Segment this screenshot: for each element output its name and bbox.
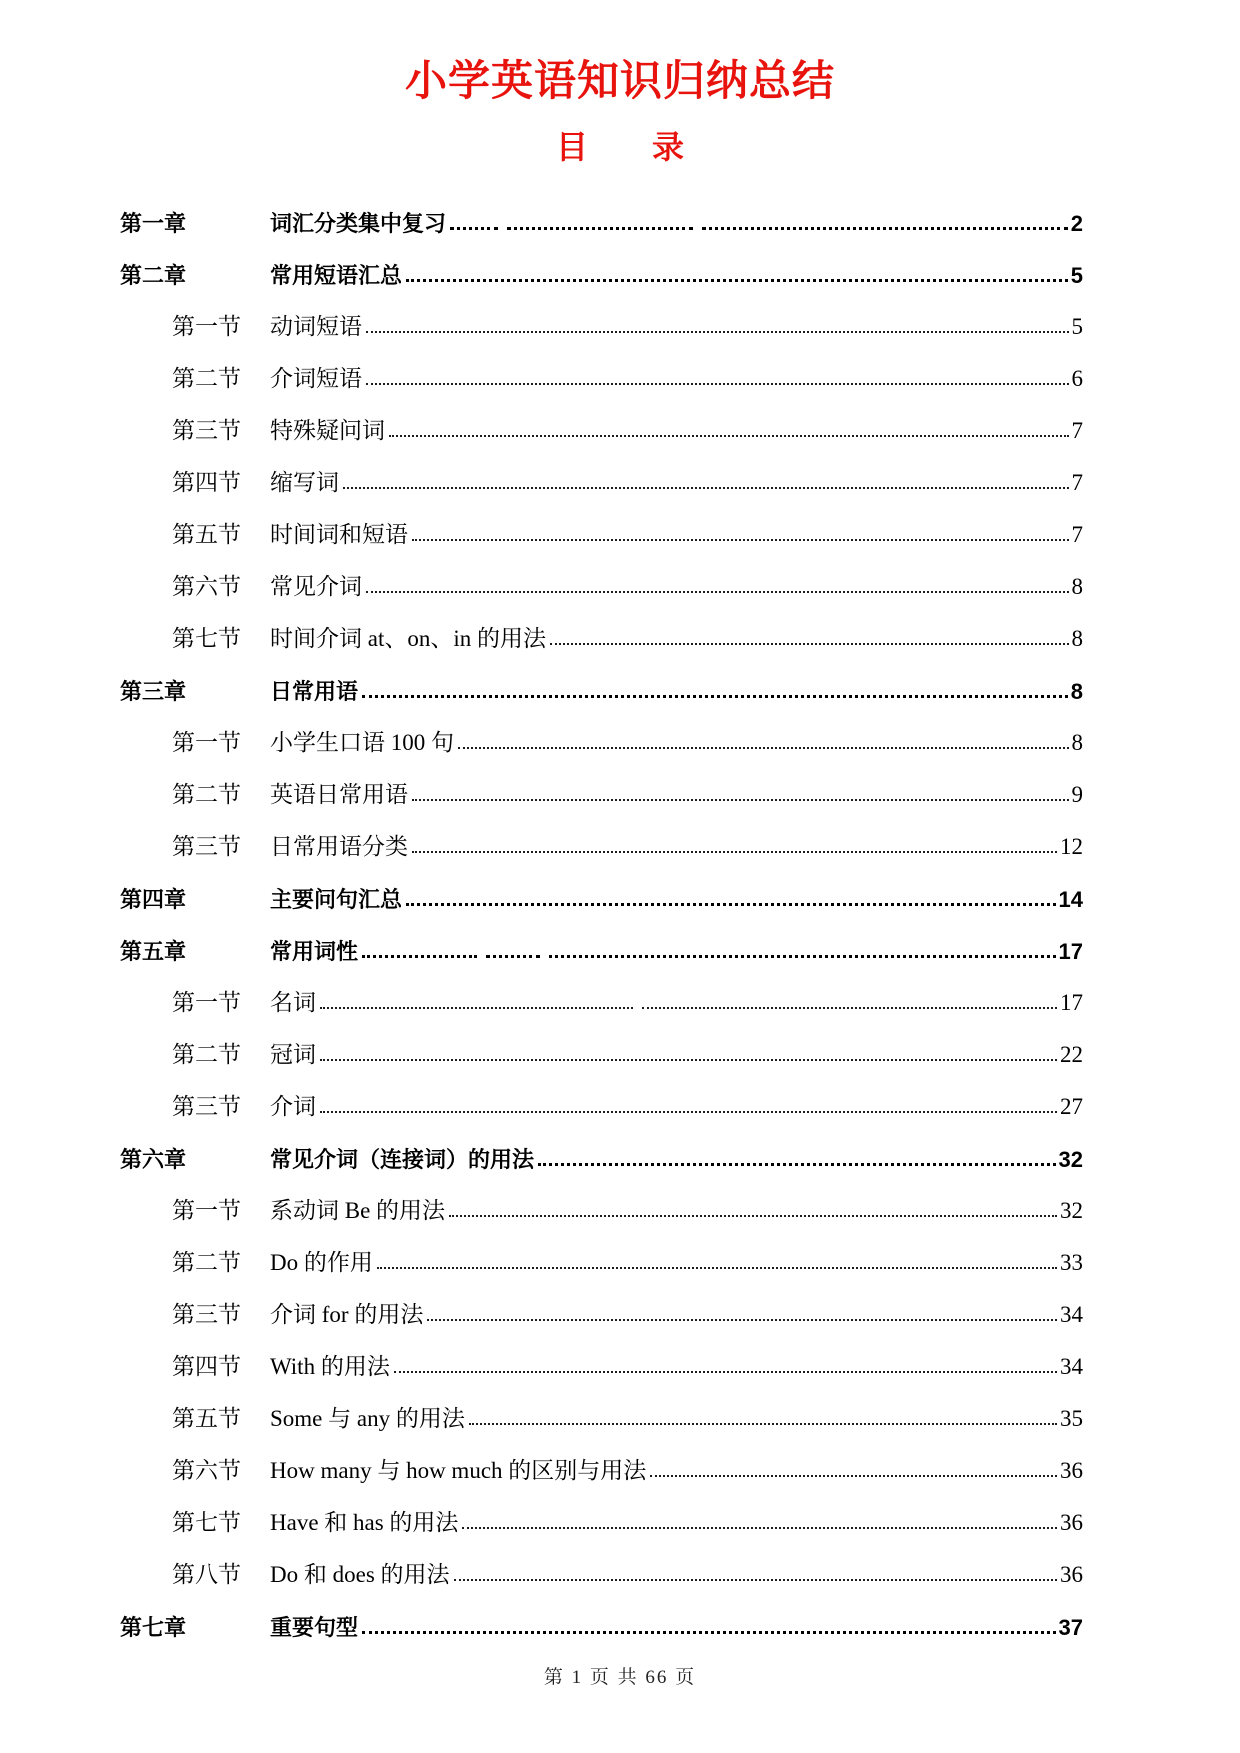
page-number: 5 [1071, 263, 1083, 288]
entry-title: 介词短语 [270, 366, 362, 392]
toc-heading: 目 录 [0, 122, 1240, 168]
leader-dots [550, 643, 1069, 645]
dot-leader [362, 955, 1056, 958]
toc-row[interactable]: 第四节 With 的用法 34 [120, 1328, 1083, 1380]
dot-leader [320, 1007, 1057, 1009]
entry-title: 主要问句汇总 [270, 887, 402, 912]
page-number: 32 [1060, 1198, 1083, 1224]
toc-row[interactable]: 第三章 日常用语 8 [120, 652, 1083, 704]
page-number: 5 [1072, 314, 1084, 340]
dot-leader [412, 799, 1069, 801]
leader-dots [507, 227, 693, 230]
dot-leader [343, 487, 1069, 489]
entry-number: 第二节 [120, 782, 270, 808]
entry-title: 日常用语 [270, 679, 358, 704]
entry-title: 小学生口语 100 句 [270, 730, 454, 756]
leader-dots [362, 955, 477, 958]
leader-dots [702, 227, 1068, 230]
toc-row[interactable]: 第七节 Have 和 has 的用法 36 [120, 1484, 1083, 1536]
page-number: 8 [1072, 626, 1084, 652]
entry-number: 第四节 [120, 1354, 270, 1380]
dot-leader [650, 1475, 1057, 1477]
page-number: 34 [1060, 1302, 1083, 1328]
leader-dots [366, 383, 1069, 385]
toc-row[interactable]: 第三节 介词 for 的用法 34 [120, 1276, 1083, 1328]
entry-number: 第三节 [120, 1094, 270, 1120]
leader-dots [377, 1267, 1057, 1269]
leader-dots [366, 591, 1069, 593]
entry-number: 第五节 [120, 1406, 270, 1432]
page-number: 37 [1059, 1615, 1083, 1640]
toc-row[interactable]: 第二节 Do 的作用 33 [120, 1224, 1083, 1276]
dot-leader [377, 1267, 1057, 1269]
page-number: 33 [1060, 1250, 1083, 1276]
dot-leader [458, 747, 1069, 749]
entry-number: 第一节 [120, 730, 270, 756]
entry-number: 第二章 [120, 263, 270, 288]
entry-number: 第二节 [120, 1042, 270, 1068]
page-number: 22 [1060, 1042, 1083, 1068]
leader-dots [454, 1579, 1057, 1581]
toc-row[interactable]: 第一节 名词 17 [120, 964, 1083, 1016]
leader-dots [427, 1319, 1057, 1321]
page-number: 9 [1072, 782, 1084, 808]
page-number: 35 [1060, 1406, 1083, 1432]
entry-title: 英语日常用语 [270, 782, 408, 808]
leader-dots [362, 1631, 1056, 1634]
page-number: 2 [1071, 211, 1083, 236]
entry-title: 时间词和短语 [270, 522, 408, 548]
entry-title: How many 与 how much 的区别与用法 [270, 1458, 646, 1484]
page-number: 36 [1060, 1458, 1083, 1484]
entry-title: 介词 for 的用法 [270, 1302, 423, 1328]
leader-dots [458, 747, 1069, 749]
dot-leader [406, 903, 1056, 906]
entry-title: 时间介词 at、on、in 的用法 [270, 626, 546, 652]
entry-title: Do 和 does 的用法 [270, 1562, 450, 1588]
entry-number: 第五节 [120, 522, 270, 548]
dot-leader [366, 383, 1069, 385]
toc-row[interactable]: 第六章 常见介词（连接词）的用法 32 [120, 1120, 1083, 1172]
entry-number: 第八节 [120, 1562, 270, 1588]
entry-number: 第三节 [120, 418, 270, 444]
toc-row[interactable]: 第三节 特殊疑问词 7 [120, 392, 1083, 444]
entry-number: 第二节 [120, 366, 270, 392]
leader-dots [343, 487, 1069, 489]
toc-row[interactable]: 第三节 日常用语分类 12 [120, 808, 1083, 860]
page-number: 14 [1059, 887, 1083, 912]
entry-title: 系动词 Be 的用法 [270, 1198, 445, 1224]
entry-title: Some 与 any 的用法 [270, 1406, 465, 1432]
entry-title: 重要句型 [270, 1615, 358, 1640]
toc-row[interactable]: 第二章 常用短语汇总 5 [120, 236, 1083, 288]
leader-dots [549, 955, 1056, 958]
dot-leader [406, 279, 1068, 282]
leader-dots [450, 227, 498, 230]
entry-number: 第一章 [120, 211, 270, 236]
toc-row[interactable]: 第七章 重要句型 37 [120, 1588, 1083, 1640]
dot-leader [449, 1215, 1057, 1217]
entry-title: 常见介词 [270, 574, 362, 600]
toc-row[interactable]: 第七节 时间介词 at、on、in 的用法 8 [120, 600, 1083, 652]
leader-dots [320, 1007, 633, 1009]
page-number: 8 [1072, 574, 1084, 600]
dot-leader [412, 851, 1057, 853]
leader-dots [406, 279, 1068, 282]
page-number: 8 [1072, 730, 1084, 756]
leader-dots [406, 903, 1056, 906]
dot-leader [362, 1631, 1056, 1634]
leader-dots [394, 1371, 1057, 1373]
toc-row[interactable]: 第六节 常见介词 8 [120, 548, 1083, 600]
dot-leader [550, 643, 1069, 645]
leader-dots [389, 435, 1069, 437]
page-number: 6 [1072, 366, 1084, 392]
toc-row[interactable]: 第六节 How many 与 how much 的区别与用法 36 [120, 1432, 1083, 1484]
leader-dots [538, 1163, 1056, 1166]
toc-list: 第一章 词汇分类集中复习 2 第二章 常用短语汇总 5 第一节 动词短语 5 第… [0, 184, 1240, 1640]
entry-title: 常用短语汇总 [270, 263, 402, 288]
entry-title: 常见介词（连接词）的用法 [270, 1147, 534, 1172]
entry-number: 第七章 [120, 1615, 270, 1640]
entry-number: 第三节 [120, 1302, 270, 1328]
dot-leader [427, 1319, 1057, 1321]
leader-dots [362, 695, 1068, 698]
entry-title: 介词 [270, 1094, 316, 1120]
entry-title: Do 的作用 [270, 1250, 373, 1276]
leader-dots [469, 1423, 1057, 1425]
page-number: 32 [1059, 1147, 1083, 1172]
leader-dots [650, 1475, 1057, 1477]
dot-leader [366, 331, 1069, 333]
entry-number: 第一节 [120, 314, 270, 340]
leader-dots [642, 1007, 1057, 1009]
page-number: 17 [1060, 990, 1083, 1016]
leader-dots [366, 331, 1069, 333]
toc-row[interactable]: 第五节 时间词和短语 7 [120, 496, 1083, 548]
toc-row[interactable]: 第二节 英语日常用语 9 [120, 756, 1083, 808]
leader-dots [462, 1527, 1057, 1529]
page-number: 36 [1060, 1510, 1083, 1536]
entry-number: 第三章 [120, 679, 270, 704]
dot-leader [412, 539, 1069, 541]
entry-title: 特殊疑问词 [270, 418, 385, 444]
dot-leader [366, 591, 1069, 593]
page-number: 8 [1071, 679, 1083, 704]
dot-leader [320, 1111, 1057, 1113]
entry-number: 第七节 [120, 1510, 270, 1536]
page-number: 27 [1060, 1094, 1083, 1120]
page-number: 36 [1060, 1562, 1083, 1588]
entry-number: 第六节 [120, 574, 270, 600]
entry-title: 常用词性 [270, 939, 358, 964]
entry-number: 第四节 [120, 470, 270, 496]
dot-leader [538, 1163, 1056, 1166]
entry-title: 缩写词 [270, 470, 339, 496]
toc-row[interactable]: 第四章 主要问句汇总 14 [120, 860, 1083, 912]
dot-leader [394, 1371, 1057, 1373]
toc-row[interactable]: 第一章 词汇分类集中复习 2 [120, 184, 1083, 236]
entry-number: 第五章 [120, 939, 270, 964]
toc-row[interactable]: 第二节 介词短语 6 [120, 340, 1083, 392]
page-number: 12 [1060, 834, 1083, 860]
dot-leader [469, 1423, 1057, 1425]
toc-row[interactable]: 第一节 系动词 Be 的用法 32 [120, 1172, 1083, 1224]
leader-dots [412, 851, 1057, 853]
entry-number: 第四章 [120, 887, 270, 912]
entry-title: With 的用法 [270, 1354, 390, 1380]
dot-leader [454, 1579, 1057, 1581]
toc-row[interactable]: 第一节 小学生口语 100 句 8 [120, 704, 1083, 756]
entry-title: 冠词 [270, 1042, 316, 1068]
entry-number: 第一节 [120, 1198, 270, 1224]
dot-leader [362, 695, 1068, 698]
entry-title: 词汇分类集中复习 [270, 211, 446, 236]
dot-leader [450, 227, 1068, 230]
entry-title: Have 和 has 的用法 [270, 1510, 458, 1536]
entry-number: 第三节 [120, 834, 270, 860]
document-title: 小学英语知识归纳总结 [0, 0, 1240, 108]
page-number: 7 [1072, 470, 1084, 496]
leader-dots [320, 1059, 1057, 1061]
page-number: 7 [1072, 418, 1084, 444]
leader-dots [449, 1215, 1057, 1217]
toc-row[interactable]: 第四节 缩写词 7 [120, 444, 1083, 496]
toc-row[interactable]: 第八节 Do 和 does 的用法 36 [120, 1536, 1083, 1588]
document-page: 小学英语知识归纳总结 目 录 第一章 词汇分类集中复习 2 第二章 常用短语汇总… [0, 0, 1240, 1753]
entry-number: 第一节 [120, 990, 270, 1016]
leader-dots [412, 799, 1069, 801]
dot-leader [389, 435, 1069, 437]
dot-leader [462, 1527, 1057, 1529]
entry-number: 第七节 [120, 626, 270, 652]
page-number: 7 [1072, 522, 1084, 548]
entry-number: 第二节 [120, 1250, 270, 1276]
page-number: 17 [1059, 939, 1083, 964]
entry-title: 名词 [270, 990, 316, 1016]
toc-row[interactable]: 第二节 冠词 22 [120, 1016, 1083, 1068]
toc-row[interactable]: 第五章 常用词性 17 [120, 912, 1083, 964]
page-footer: 第 1 页 共 66 页 [0, 1662, 1240, 1689]
entry-number: 第六节 [120, 1458, 270, 1484]
leader-dots [486, 955, 540, 958]
toc-row[interactable]: 第五节 Some 与 any 的用法 35 [120, 1380, 1083, 1432]
leader-dots [412, 539, 1069, 541]
dot-leader [320, 1059, 1057, 1061]
toc-row[interactable]: 第一节 动词短语 5 [120, 288, 1083, 340]
toc-row[interactable]: 第三节 介词 27 [120, 1068, 1083, 1120]
entry-title: 动词短语 [270, 314, 362, 340]
entry-title: 日常用语分类 [270, 834, 408, 860]
page-number: 34 [1060, 1354, 1083, 1380]
entry-number: 第六章 [120, 1147, 270, 1172]
leader-dots [320, 1111, 1057, 1113]
